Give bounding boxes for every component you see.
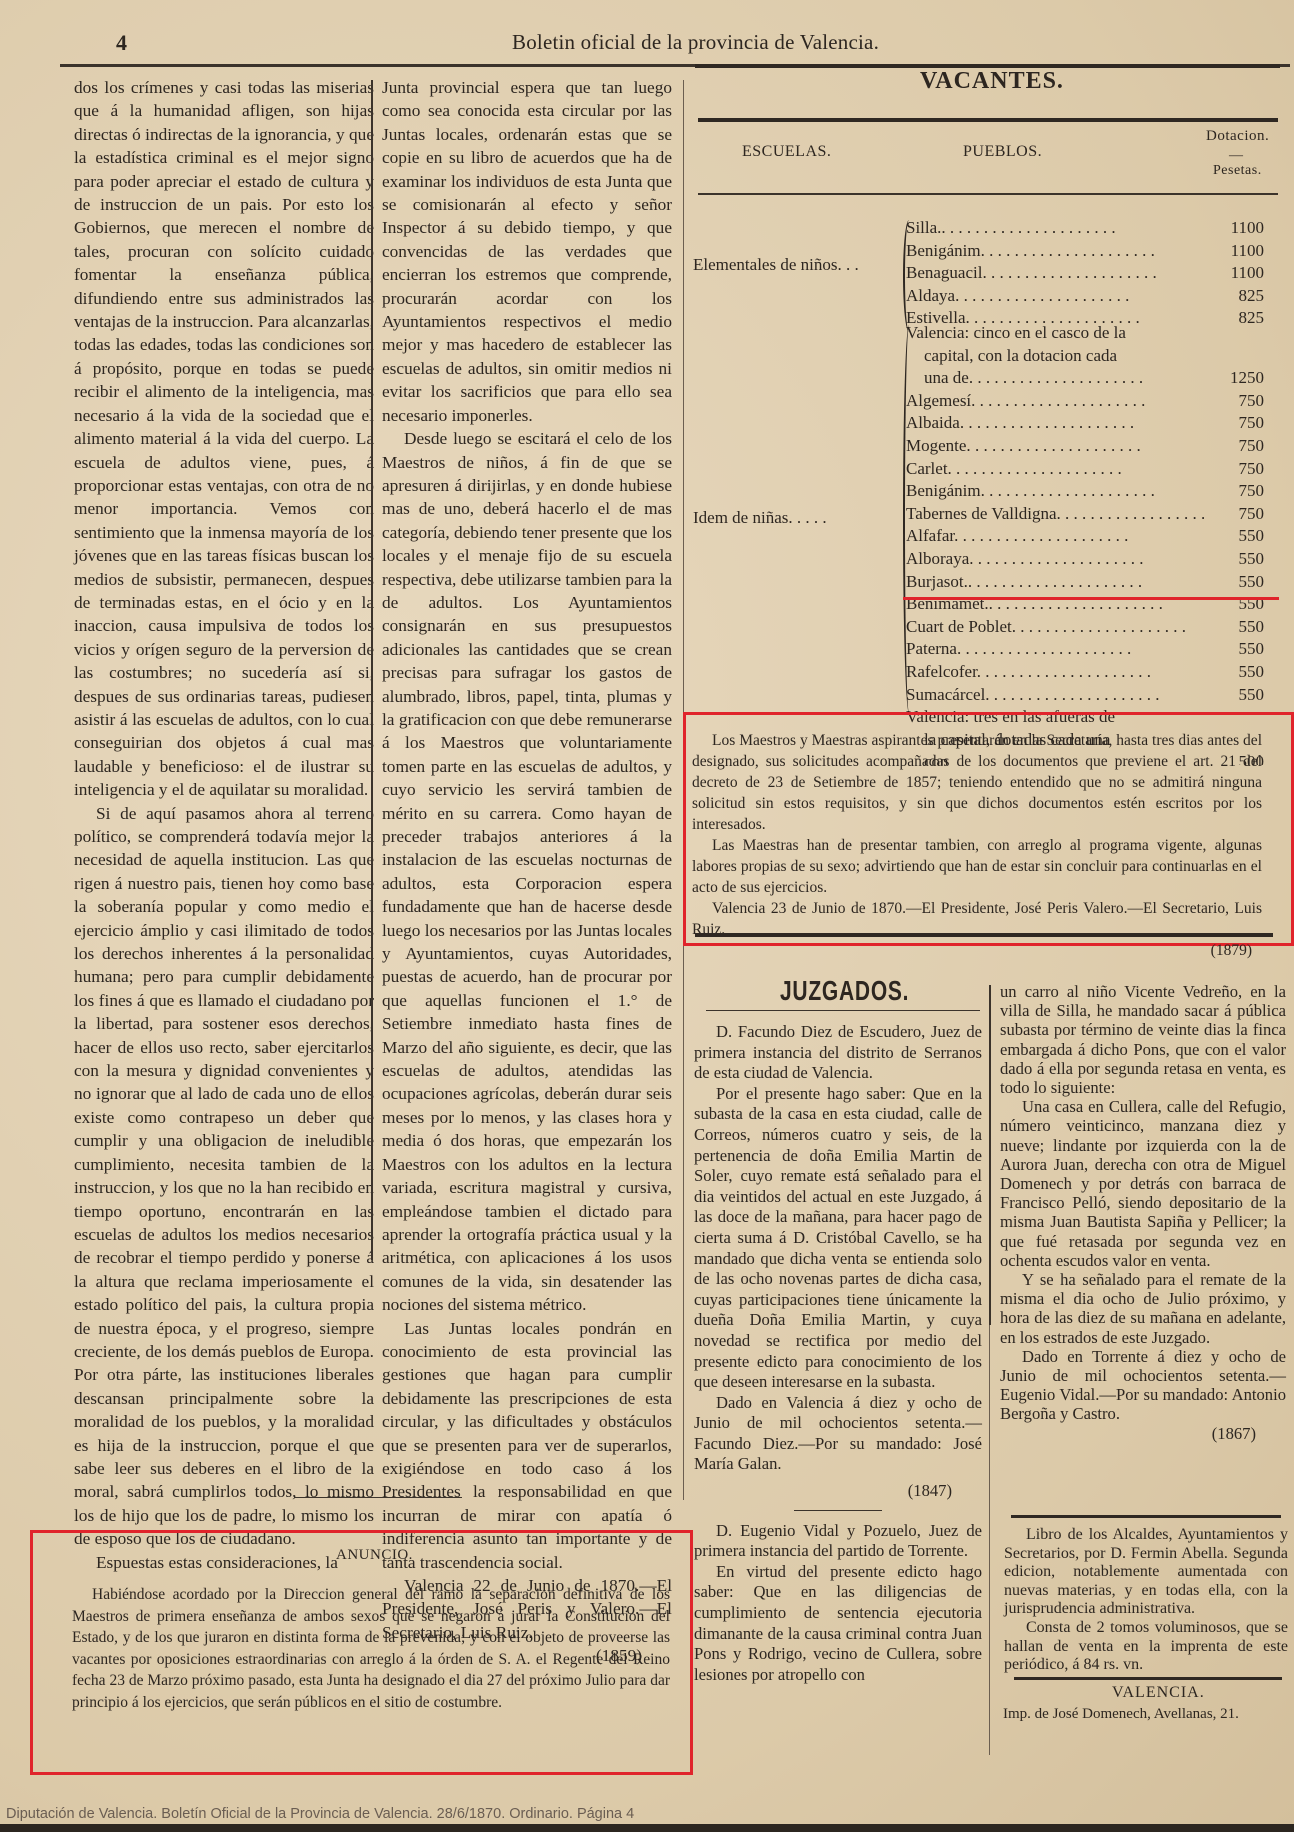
paragraph: Por el presente hago saber: Que en la su… — [694, 1084, 982, 1393]
vacancy-row: Sumacárcel.550 — [906, 684, 1264, 707]
section-rule — [294, 1497, 462, 1498]
vacancy-row: una de.1250 — [906, 367, 1264, 390]
edict-separator — [794, 1510, 882, 1511]
signature: Dado en Torrente á diez y ocho de Junio … — [1000, 1347, 1286, 1424]
vacancy-row: Algemesí.750 — [906, 390, 1264, 413]
vacancy-row: Mogente.750 — [906, 435, 1264, 458]
vacantes-title: VACANTES. — [920, 68, 1064, 95]
imprint-printer: Imp. de José Domenech, Avellanas, 21. — [1003, 1706, 1239, 1723]
imprint-rule — [1014, 1677, 1282, 1680]
header-rule — [698, 193, 1278, 195]
paragraph: Los Maestros y Maestras aspirantes prese… — [692, 730, 1262, 835]
valencia-casco-note: capital, con la dotacion cada — [906, 345, 1264, 368]
vacancy-row: Benaguacil.1100 — [906, 262, 1264, 285]
paragraph: Una casa en Cullera, calle del Refugio, … — [1000, 1097, 1286, 1270]
juzgados-column-2: un carro al niño Vicente Vedreño, en la … — [1000, 982, 1286, 1443]
citation-footer: Diputación de Valencia. Boletín Oficial … — [6, 1806, 634, 1822]
vacancy-row: Rafelcofer.550 — [906, 661, 1264, 684]
vacancy-row: Paterna.550 — [906, 638, 1264, 661]
signature: Dado en Valencia á diez y ocho de Junio … — [694, 1393, 982, 1475]
vacancy-row: Benigánim.1100 — [906, 240, 1264, 263]
paragraph: Las Maestras han de presentar tambien, c… — [692, 835, 1262, 898]
vacancy-row: Cuart de Poblet.550 — [906, 616, 1264, 639]
group-label-idem-ninas: Idem de niñas. . . . . — [693, 508, 827, 528]
header-dash: — — [1229, 148, 1244, 164]
section-rule — [695, 933, 1273, 937]
paragraph: Junta provincial espera que tan luego co… — [382, 76, 672, 427]
vacantes-rule — [698, 118, 1278, 122]
vacancy-row: Benigánim.750 — [906, 480, 1264, 503]
paragraph: D. Facundo Diez de Escudero, Juez de pri… — [694, 1022, 982, 1084]
book-advertisement: Libro de los Alcaldes, Ayuntamientos y S… — [1004, 1526, 1288, 1675]
juzgados-column-1: D. Facundo Diez de Escudero, Juez de pri… — [694, 1022, 982, 1685]
vacantes-group-2: Valencia: cinco en el casco de la capita… — [906, 322, 1264, 765]
column-divider — [989, 985, 991, 1325]
vacancy-row: Alboraya.550 — [906, 548, 1264, 571]
group-label-elementales-ninos: Elementales de niños. . . — [693, 255, 859, 275]
juzgados-title: JUZGADOS. — [780, 975, 909, 1007]
paragraph: Consta de 2 tomos voluminosos, que se ha… — [1004, 1619, 1288, 1675]
header-escuelas: ESCUELAS. — [742, 143, 831, 161]
paragraph: Libro de los Alcaldes, Ayuntamientos y S… — [1004, 1526, 1288, 1619]
header-dotacion: Dotacion. — [1206, 128, 1269, 145]
bottom-bar — [0, 1824, 1294, 1832]
column-1: dos los crímenes y casi todas las miseri… — [74, 76, 374, 1574]
page-number: 4 — [116, 30, 127, 56]
header-pueblos: PUEBLOS. — [963, 143, 1042, 161]
header-pesetas: Pesetas. — [1213, 163, 1262, 179]
paragraph: En virtud del presente edicto hago saber… — [694, 1562, 982, 1686]
vacancy-row: Alfafar.550 — [906, 525, 1264, 548]
running-title: Boletin oficial de la provincia de Valen… — [512, 30, 879, 55]
vacancy-row: Albaida.750 — [906, 412, 1264, 435]
column-divider — [371, 80, 373, 1260]
maestros-notice: Los Maestros y Maestras aspirantes prese… — [692, 730, 1262, 961]
imprint-city: VALENCIA. — [1112, 1684, 1205, 1702]
reference-number: (1867) — [1000, 1424, 1286, 1443]
vacancy-row: Silla..1100 — [906, 217, 1264, 240]
paragraph: un carro al niño Vicente Vedreño, en la … — [1000, 982, 1286, 1097]
red-highlight-underline — [903, 597, 1279, 600]
paragraph: Y se ha señalado para el remate de la mi… — [1000, 1270, 1286, 1347]
paragraph: Si de aquí pasamos ahora al terreno polí… — [74, 802, 374, 1551]
valencia-casco-note: Valencia: cinco en el casco de la — [906, 322, 1264, 345]
column-divider — [989, 1325, 990, 1755]
reference-number: (1847) — [694, 1481, 982, 1502]
reference-number: (1879) — [692, 940, 1262, 961]
vacancy-row: Carlet.750 — [906, 458, 1264, 481]
vacancy-row: Burjasot..550 — [906, 571, 1264, 594]
vacancy-row: Aldaya.825 — [906, 285, 1264, 308]
paragraph: D. Eugenio Vidal y Pozuelo, Juez de prim… — [694, 1521, 982, 1562]
paragraph: Desde luego se escitará el celo de los M… — [382, 427, 672, 1316]
anuncio-title: ANUNCIO. — [336, 1547, 413, 1564]
vacantes-group-1: Silla..1100 Benigánim.1100 Benaguacil.11… — [906, 217, 1264, 330]
column-2: Junta provincial espera que tan luego co… — [382, 76, 672, 1668]
vacancy-row: Tabernes de Valldigna.750 — [906, 503, 1264, 526]
title-rule — [706, 1010, 980, 1011]
ad-top-rule — [1011, 1515, 1281, 1518]
anuncio-body: Habiéndose acordado por la Direccion gen… — [72, 1584, 670, 1713]
paragraph: dos los crímenes y casi todas las miseri… — [74, 76, 374, 802]
